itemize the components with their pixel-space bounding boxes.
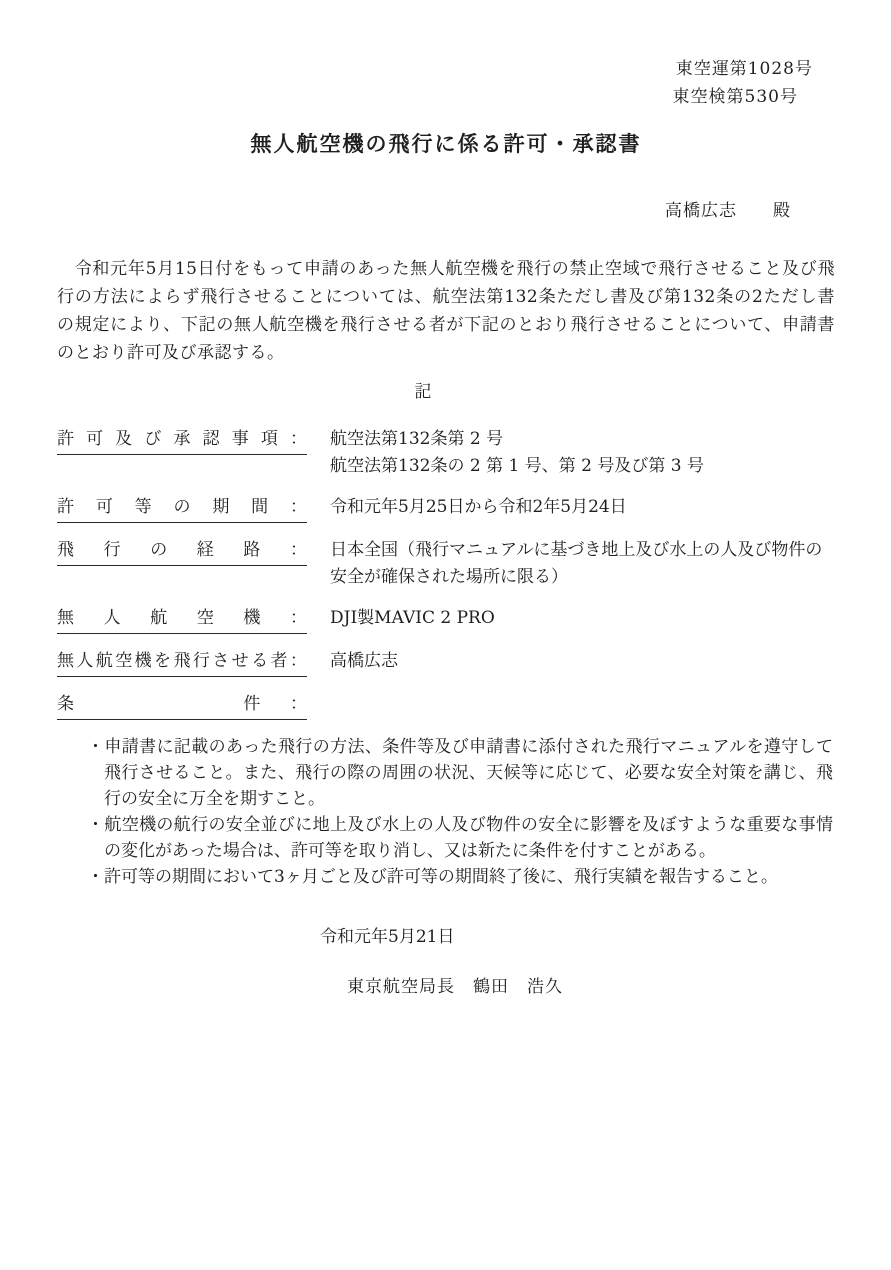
item-label-char: 件 <box>243 691 260 717</box>
item-values: 高橋広志 <box>330 648 835 675</box>
item-label-char: 許 <box>57 494 74 520</box>
item-values: 日本全国（飛行マニュアルに基づき地上及び水上の人及び物件の安全が確保された場所に… <box>330 537 835 591</box>
item-row: 許可及び承認事項： 航空法第132条第 2 号航空法第132条の 2 第 1 号… <box>57 426 835 480</box>
item-label-char: ： <box>290 691 307 717</box>
item-label-char: 人 <box>104 605 121 631</box>
permission-document-page: 東空運第1028号 東空検第530号 無人航空機の飛行に係る許可・承認書 高橋広… <box>0 0 891 1270</box>
item-label: 許可等の期間： <box>57 494 307 523</box>
item-label-char: 項 <box>261 426 278 452</box>
item-label: 許可及び承認事項： <box>57 426 307 455</box>
item-label-char: 可 <box>86 426 103 452</box>
item-label-char: 事 <box>232 426 249 452</box>
item-row: 飛行の経路： 日本全国（飛行マニュアルに基づき地上及び水上の人及び物件の安全が確… <box>57 537 835 591</box>
item-label-char: の <box>173 494 190 520</box>
item-label-char: 等 <box>135 494 152 520</box>
ki-marker: 記 <box>57 380 789 404</box>
item-value-line: 日本全国（飛行マニュアルに基づき地上及び水上の人及び物件の安全が確保された場所に… <box>330 537 835 591</box>
condition-text: 航空機の航行の安全並びに地上及び水上の人及び物件の安全に影響を及ぼすような重要な… <box>104 815 833 861</box>
item-label-char: 飛 <box>173 648 190 674</box>
conditions-list: ・申請書に記載のあった飛行の方法、条件等及び申請書に添付された飛行マニュアルを遵… <box>57 734 835 890</box>
condition-item: ・許可等の期間において3ヶ月ごと及び許可等の期間終了後に、飛行実績を報告すること… <box>87 864 833 890</box>
item-values: DJI製MAVIC 2 PRO <box>330 605 835 632</box>
item-label-char: 経 <box>197 537 214 563</box>
item-label: 飛行の経路： <box>57 537 307 566</box>
condition-item: ・航空機の航行の安全並びに地上及び水上の人及び物件の安全に影響を及ぼすような重要… <box>87 812 833 864</box>
item-label-char: 空 <box>197 605 214 631</box>
item-label-char: 認 <box>203 426 220 452</box>
item-label-char: の <box>150 537 167 563</box>
item-label-char: ： <box>290 494 307 520</box>
item-label-char: 行 <box>104 537 121 563</box>
body-paragraph: 令和元年5月15日付をもって申請のあった無人航空機を飛行の禁止空域で飛行させるこ… <box>57 255 835 367</box>
item-label-char: 航 <box>150 605 167 631</box>
item-row: 許可等の期間： 令和元年5月25日から令和2年5月24日 <box>57 494 835 523</box>
items-list: 許可及び承認事項： 航空法第132条第 2 号航空法第132条の 2 第 1 号… <box>57 426 835 720</box>
item-label: 無人航空機を飛行させる者： <box>57 648 307 677</box>
item-label-char: 航 <box>96 648 113 674</box>
item-label-char: 無 <box>57 605 74 631</box>
condition-text: 申請書に記載のあった飛行の方法、条件等及び申請書に添付された飛行マニュアルを遵守… <box>104 737 833 809</box>
bullet-marker: ・ <box>87 737 104 757</box>
ref-numbers: 東空運第1028号 東空検第530号 <box>57 58 813 109</box>
item-label-char: 空 <box>115 648 132 674</box>
item-label-char <box>104 691 121 717</box>
item-values: 航空法第132条第 2 号航空法第132条の 2 第 1 号、第 2 号及び第 … <box>330 426 835 480</box>
item-label-char: る <box>251 648 268 674</box>
signature-line: 東京航空局長 鶴田 浩久 <box>347 974 835 1000</box>
item-value-line: 高橋広志 <box>330 648 835 675</box>
addressee: 高橋広志 殿 <box>57 199 835 223</box>
item-label-char: 期 <box>212 494 229 520</box>
bullet-marker: ・ <box>87 867 104 887</box>
item-row: 条 件： <box>57 691 835 720</box>
item-label-char: を <box>154 648 171 674</box>
ref-number-ken: 東空検第530号 <box>57 86 813 109</box>
item-value-line: 令和元年5月25日から令和2年5月24日 <box>330 494 835 521</box>
item-label-char: 機 <box>243 605 260 631</box>
item-row: 無人航空機： DJI製MAVIC 2 PRO <box>57 605 835 634</box>
item-label-char: ： <box>290 605 307 631</box>
item-row: 無人航空機を飛行させる者： 高橋広志 <box>57 648 835 677</box>
item-value-line: DJI製MAVIC 2 PRO <box>330 605 835 632</box>
condition-text: 許可等の期間において3ヶ月ごと及び許可等の期間終了後に、飛行実績を報告すること。 <box>104 867 778 887</box>
item-values: 令和元年5月25日から令和2年5月24日 <box>330 494 835 521</box>
item-label-char: 条 <box>57 691 74 717</box>
item-label-char: ： <box>290 537 307 563</box>
item-label-char: 許 <box>57 426 74 452</box>
bullet-marker: ・ <box>87 815 104 835</box>
item-label-char: 路 <box>243 537 260 563</box>
item-label-char: 間 <box>251 494 268 520</box>
item-label-char <box>197 691 214 717</box>
ref-number-unyu: 東空運第1028号 <box>57 58 813 81</box>
item-label-char: 無 <box>57 648 74 674</box>
condition-item: ・申請書に記載のあった飛行の方法、条件等及び申請書に添付された飛行マニュアルを遵… <box>87 734 833 812</box>
item-label-char: ： <box>290 648 307 674</box>
item-label-char <box>150 691 167 717</box>
item-label-char: 機 <box>135 648 152 674</box>
item-label-char: 行 <box>193 648 210 674</box>
item-label-char: 者 <box>270 648 287 674</box>
item-label-char: 及 <box>115 426 132 452</box>
item-label-char: ： <box>290 426 307 452</box>
item-label: 条 件： <box>57 691 307 720</box>
item-label-char: 可 <box>96 494 113 520</box>
item-label-char: び <box>144 426 161 452</box>
item-value-line: 航空法第132条第 2 号 <box>330 426 835 453</box>
item-label: 無人航空機： <box>57 605 307 634</box>
item-label-char: 承 <box>174 426 191 452</box>
item-label-char: さ <box>212 648 229 674</box>
document-title: 無人航空機の飛行に係る許可・承認書 <box>57 129 835 159</box>
item-label-char: せ <box>232 648 249 674</box>
item-value-line: 航空法第132条の 2 第 1 号、第 2 号及び第 3 号 <box>330 453 835 480</box>
item-label-char: 飛 <box>57 537 74 563</box>
item-label-char: 人 <box>76 648 93 674</box>
issue-date: 令和元年5月21日 <box>320 924 835 950</box>
